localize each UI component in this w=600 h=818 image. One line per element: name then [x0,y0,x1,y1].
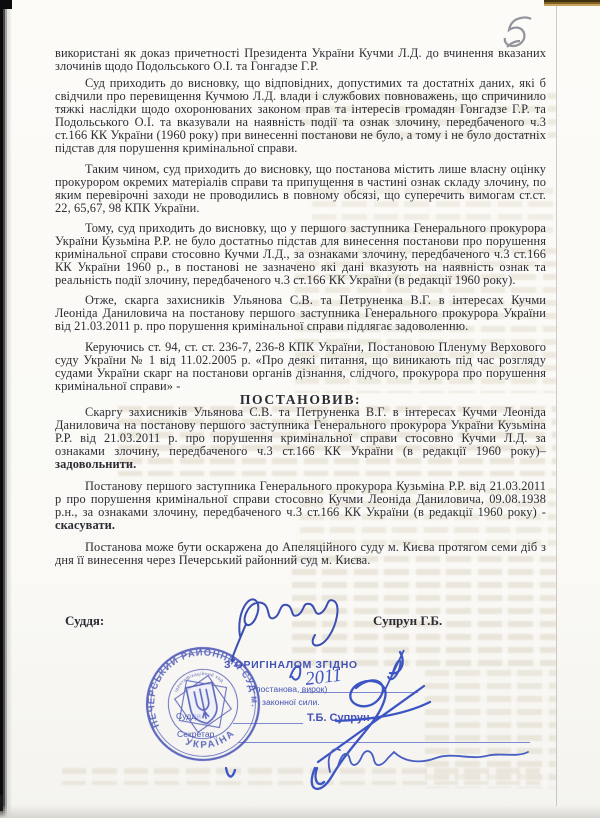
body-paragraph: Суд приходить до висновку, що відповідни… [55,77,546,155]
scan-notch-bottom-left [0,795,3,811]
certification-rule [300,692,418,693]
scan-bottom-shadow [0,805,600,818]
judge-label: Суддя: [55,613,104,628]
signature-row: Суддя: Супрун Г.Б. [55,613,546,629]
body-paragraph: Скаргу захисників Ульянова С.В. та Петру… [55,406,546,471]
certification-legal-force: законної сили. [262,697,320,707]
judge-name: Супрун Г.Б. [373,613,442,629]
scan-corner-top-left [0,0,12,9]
scan-corner-top-right [544,0,600,6]
body-paragraph: Отже, скарга захисників Ульянова С.В. та… [55,294,546,333]
bleedthrough-text [292,556,556,666]
body-paragraph: Тому, суд приходить до висновку, що у пе… [55,222,546,287]
scanned-court-document-page: використані як доказ причетності Президе… [0,0,600,818]
body-paragraph: Таким чином, суд приходить до висновку, … [55,163,546,215]
bold-verdict-word: задовольнити. [55,457,136,471]
bold-verdict-word: скасувати. [55,518,115,532]
paragraph-text: Скаргу захисників Ульянова С.В. та Петру… [55,405,546,458]
paragraph-text: Постанову першого заступника Генеральног… [55,479,546,519]
bleedthrough-text [62,768,540,785]
page-right-edge-line [556,5,557,806]
certification-rule [238,742,530,743]
document-body: використані як доказ причетності Президе… [55,47,546,567]
court-seal-stamp: ПЕЧЕРСЬКИЙ РАЙОННИЙ СУД м. КИЄВА УКРАЇНА… [131,632,276,777]
body-paragraph: Постанова може бути оскаржена до Апеляці… [55,541,546,567]
scan-edge-left [0,0,12,818]
body-paragraph: Постанову першого заступника Генеральног… [55,480,546,532]
body-paragraph: використані як доказ причетності Президе… [55,47,546,73]
handwritten-page-number [505,17,531,47]
body-paragraph: Керуючись ст. 94, ст. ст. 236-7, 236-8 К… [55,341,546,393]
certification-judge-name: Т.Б. Супрун [307,712,370,724]
